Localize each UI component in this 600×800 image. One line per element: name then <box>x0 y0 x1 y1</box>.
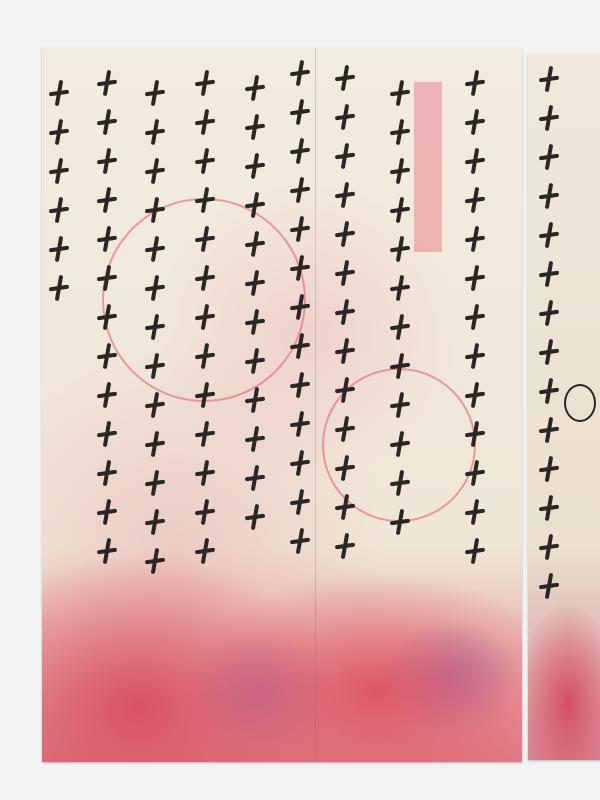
ink-column <box>287 58 313 556</box>
ink-column <box>192 68 218 566</box>
ink-column <box>94 68 120 566</box>
circled-mark <box>564 384 596 422</box>
document-sheet-partial <box>528 54 600 760</box>
ink-column <box>536 64 562 601</box>
red-stain-band <box>414 82 442 252</box>
ink-column <box>462 68 488 566</box>
ink-column <box>46 78 72 303</box>
document-sheet-main <box>42 48 522 762</box>
ink-column <box>332 63 358 561</box>
center-fold-line <box>315 48 316 762</box>
ink-column <box>142 78 168 576</box>
ink-column <box>387 78 413 537</box>
ink-column <box>242 73 268 532</box>
